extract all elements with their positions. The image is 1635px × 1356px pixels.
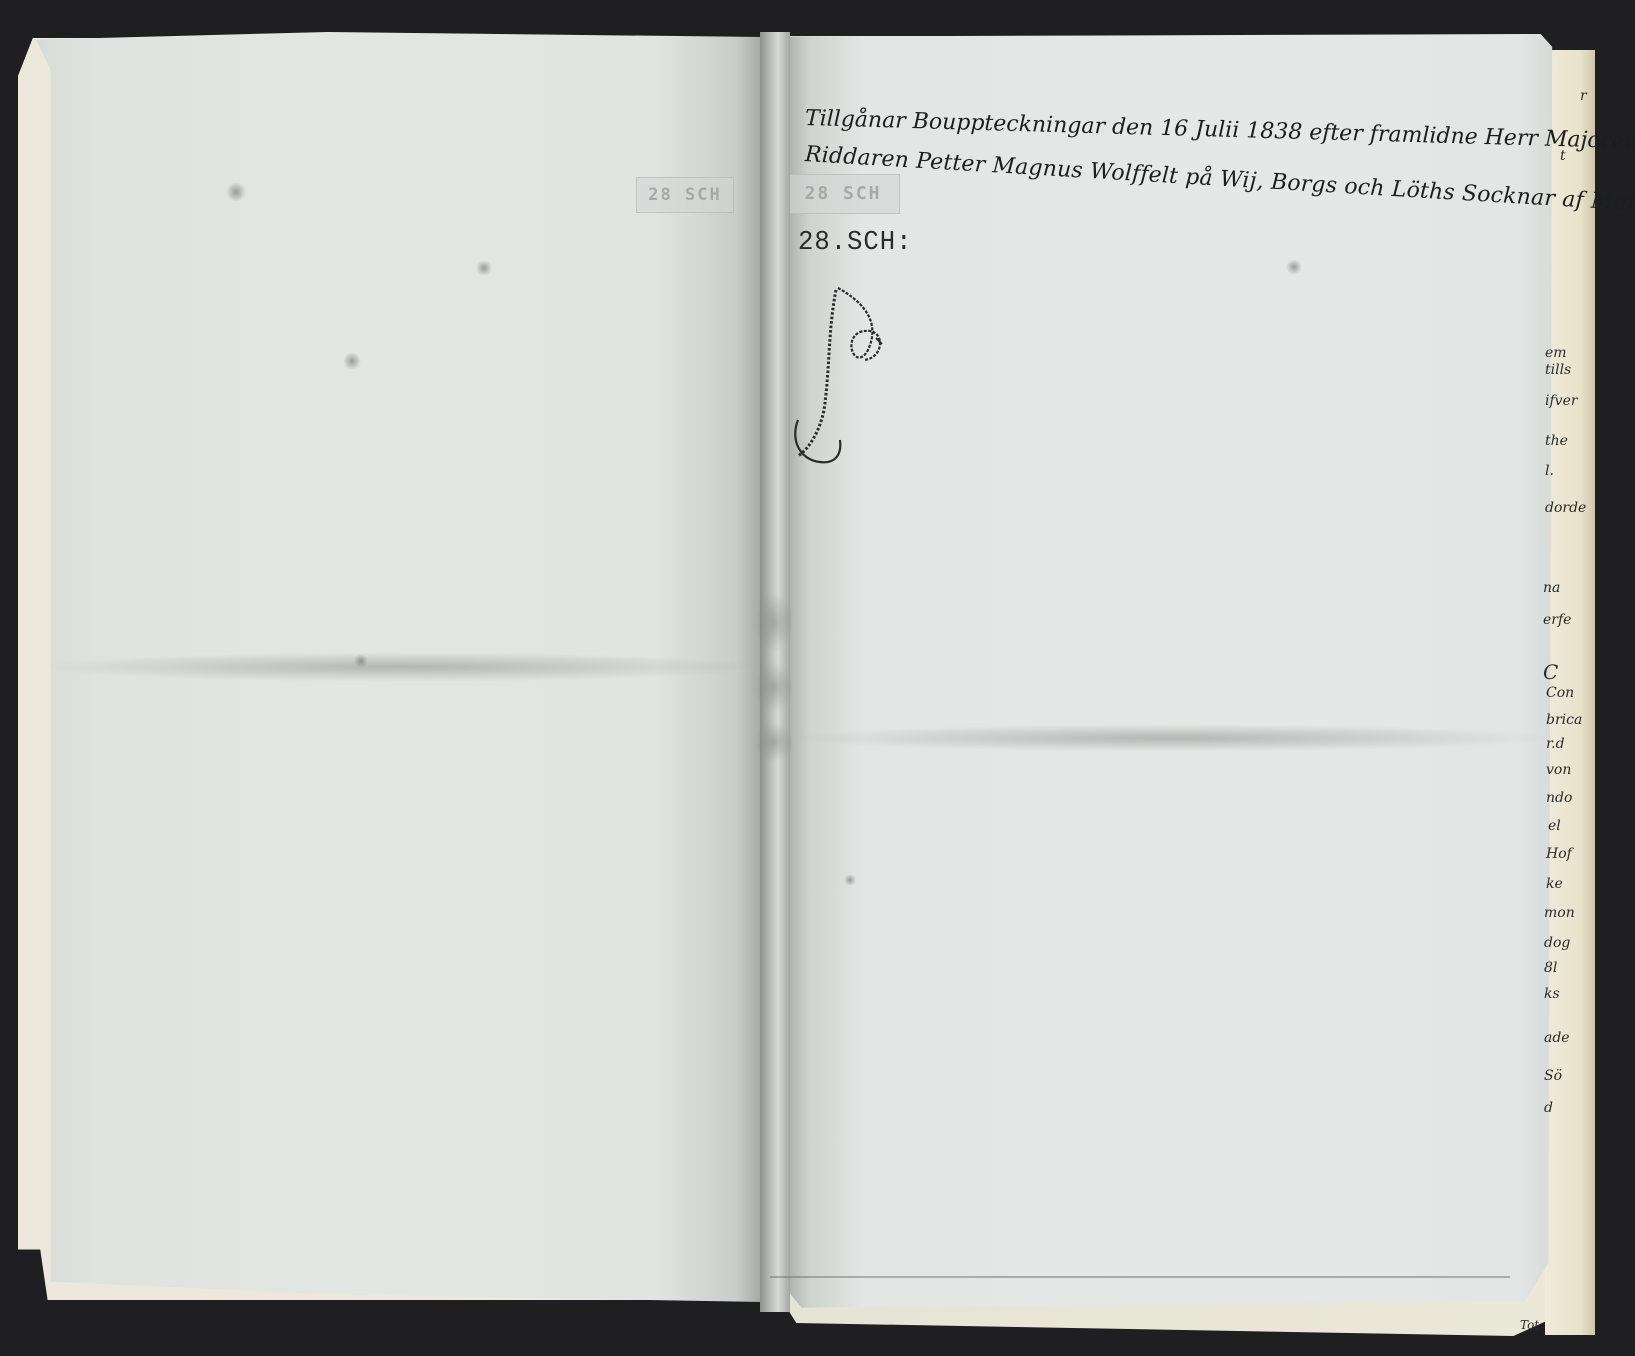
margin-fragment: dog — [1544, 935, 1570, 951]
foxing-spot — [226, 182, 246, 202]
margin-fragment: na — [1543, 580, 1560, 596]
gutter-wrinkle — [754, 592, 794, 652]
paper-crease — [786, 724, 1556, 752]
margin-fragment: Con — [1546, 685, 1574, 701]
margin-fragment: brica — [1546, 712, 1582, 728]
margin-fragment: 8l — [1544, 960, 1557, 976]
margin-fragment: Sö — [1544, 1068, 1562, 1084]
right-page: 28 SCH — [786, 34, 1556, 1314]
page-fold-line — [770, 1276, 1510, 1278]
margin-fragment: the — [1545, 433, 1568, 449]
left-page: 28 SCH — [36, 32, 766, 1302]
foxing-spot — [1286, 259, 1302, 275]
foxing-spot — [343, 352, 361, 370]
margin-fragment: mon — [1544, 905, 1575, 921]
margin-fragment: r.d — [1546, 736, 1565, 752]
margin-fragment: ke — [1546, 876, 1563, 892]
gutter-wrinkle — [754, 662, 794, 712]
foxing-spot — [476, 260, 492, 276]
margin-fragment: tills — [1545, 362, 1571, 378]
margin-fragment: el — [1548, 818, 1561, 834]
margin-fragment: ks — [1544, 986, 1560, 1002]
left-blind-stamp: 28 SCH — [636, 177, 734, 213]
margin-fragment: ade — [1544, 1030, 1570, 1046]
margin-fragment: Tot — [1520, 1318, 1539, 1332]
book-gutter — [760, 32, 790, 1312]
margin-fragment: Hof — [1546, 846, 1572, 862]
foxing-spot — [844, 874, 856, 886]
signature-flourish-icon — [790, 280, 920, 480]
margin-fragment: ndo — [1546, 790, 1572, 806]
right-blind-stamp: 28 SCH — [786, 174, 900, 214]
gutter-wrinkle — [754, 722, 794, 762]
margin-fragment: r — [1580, 88, 1587, 104]
margin-fragment: von — [1546, 762, 1571, 778]
paper-crease — [36, 652, 766, 682]
margin-fragment: erfe — [1543, 612, 1571, 628]
margin-fragment: C — [1543, 660, 1558, 684]
margin-fragment: d — [1544, 1100, 1553, 1116]
margin-fragment: t — [1560, 148, 1566, 164]
margin-fragment: dorde — [1545, 500, 1586, 516]
margin-fragment: ifver — [1545, 393, 1578, 409]
ink-stamp: 28.SCH: — [798, 228, 912, 258]
margin-fragment: l. — [1545, 463, 1554, 479]
margin-fragment: em — [1545, 345, 1567, 361]
